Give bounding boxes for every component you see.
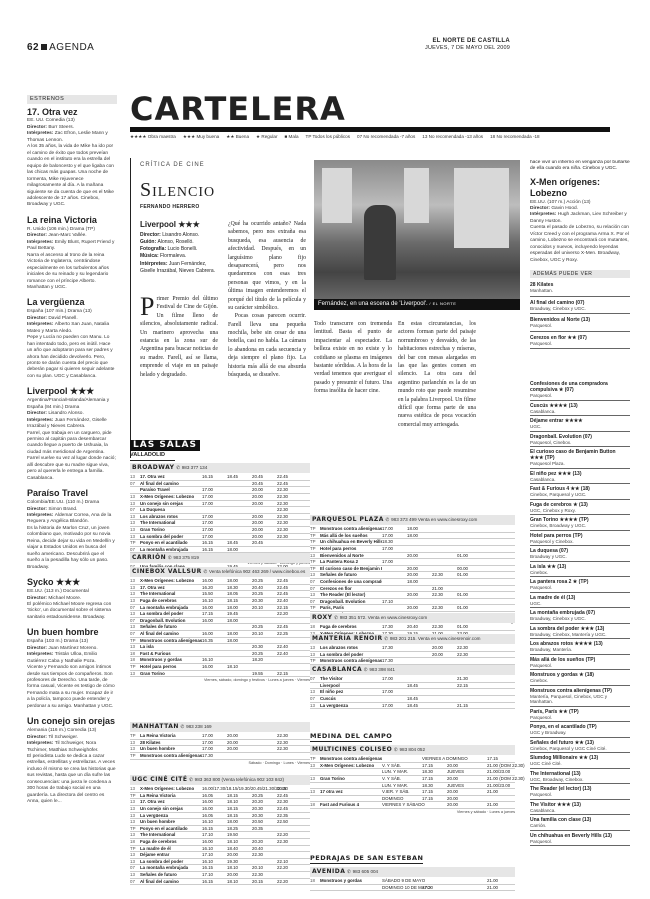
legend-item: 18 No recomendada -18 xyxy=(490,134,540,139)
showtime-row: 13The Reader (El lector)20.0022.3001.00 xyxy=(310,592,515,599)
right-column: hace vivir un infierno en venganza por b… xyxy=(530,160,630,380)
showtime-row: TPMonstruos contra alienígenas17.30 xyxy=(310,658,515,665)
estreno-item: Un buen hombre España (103 m.) Drama (13… xyxy=(27,627,117,710)
showtime-row: 13La sombra del poder17.0020.0022.30 xyxy=(130,534,310,541)
ademas-item: La montaña embrujada (07)Broadway, Cineb… xyxy=(530,609,630,624)
ademas-item: La duquesa (07)Broadway y UGC. xyxy=(530,547,630,562)
ademas-item: La pantera rosa 2 ★ (TP)Parquesol. xyxy=(530,578,630,593)
showtime-row: 1317. Otra vez16.2018.3020.4022.45 xyxy=(130,585,310,592)
ademas-item: La madre de él (13)UGC. xyxy=(530,594,630,609)
ademas-item: Los abrazos rotos ★★★★ (13)Broadway, Man… xyxy=(530,640,630,655)
cinema-block: BROADWAY ✆ 983 377 1341317. Otra vez16.1… xyxy=(130,463,310,565)
showtime-row: 07La montaña embrujada16.0018.0020.1022.… xyxy=(130,605,310,612)
film-still-photo: Fernández, en una escena de 'Liverpool'.… xyxy=(314,160,520,310)
ademas-item: París, París ★★ (TP)Parquesol. xyxy=(530,708,630,723)
ademas-item: Fuga de cerebros ★ (13)UGC, Cinebox y Ro… xyxy=(530,501,630,516)
showtime-row: 07Cuscús18.45 xyxy=(310,696,515,703)
showtime-row: 13The International17.0020.0022.30 xyxy=(130,520,310,527)
ademas-item: Déjame entrar ★★★★UGC. xyxy=(530,417,630,432)
estreno-item: 17. Otra vez EE. UU. Comedia (13) Direct… xyxy=(27,107,117,209)
showtime-row: TPLa Reina Victoria16.0518.1520.2522.45 xyxy=(130,793,310,800)
ademas-item: Dragonball. Evolution (07)Parquesol, Cin… xyxy=(530,433,630,448)
review-paragraph-3: Todo transcurre con tremenda lentitud. B… xyxy=(314,320,392,396)
cinema-header: MANTERÍA RENOIR ✆ 983 201 215. Venta en … xyxy=(310,634,515,644)
featured-title: X-Men orígenes: Lobezno xyxy=(530,177,630,199)
showtime-row: Liverpool18.4522.15 xyxy=(310,683,515,690)
showtime-row: 13X-Men Orígenes: LobeznoV. Y SÁB.17.152… xyxy=(310,763,515,770)
showtime-row: 13El niño pez17.00 xyxy=(310,689,515,696)
estreno-title: Sycko ★★★ xyxy=(27,577,117,588)
showtime-row: TPLa Pantera Rosa 217.00 xyxy=(310,559,515,566)
showtime-row: 13Un buen hombre17.0020.0022.30 xyxy=(130,746,310,753)
review-rule xyxy=(130,158,131,458)
legend-item: 13 No recomendada -13 años xyxy=(422,134,483,139)
ademas-item: El curioso caso de Benjamin Button ★★★ (… xyxy=(530,448,630,469)
showtime-row: 07Confesiones de una compradora compulsi… xyxy=(310,579,515,586)
showtime-row: TPMonstruos contra alienígenas16.3518.00 xyxy=(130,638,310,645)
cinema-block: MANTERÍA RENOIR ✆ 983 201 215. Venta en … xyxy=(310,634,515,665)
showtime-row: 07Al final del camino20.4522.45 xyxy=(130,481,310,488)
cinema-block: AVENIDA ✆ 983 605 00418Monstruos y gorda… xyxy=(310,867,515,891)
region-medina: MEDINA DEL CAMPO xyxy=(310,733,392,742)
factbox-film: Liverpool ★★★ xyxy=(140,220,218,230)
showtime-row: 18Fast & Furious20.2522.40 xyxy=(130,651,310,658)
showtime-row: 18Fuga de cerebros17.3020.4022.3001.00 xyxy=(310,624,515,631)
showtime-row: TPParís, París20.0022.3001.00 xyxy=(310,605,515,612)
phone-icon: ✆ xyxy=(203,569,207,574)
ademas-item: Ponyo, en el acantilado (TP)UGC y Broadw… xyxy=(530,723,630,738)
review-factbox: Liverpool ★★★ Director: Lisandro Alonso.… xyxy=(140,220,218,275)
estreno-item: Paraíso Travel Colombia/EE.UU. (110 m.) … xyxy=(27,488,117,571)
showtime-row: 13X-Men Orígenes: Lobezno17.0020.0022.30 xyxy=(130,494,310,501)
showtime-row: 13X-Men Orígenes: Lobezno16.00/17.30/18.… xyxy=(130,786,310,793)
ademas-item: 28 KilatesManhattan. xyxy=(530,281,630,297)
ademas-list-cont: Confesiones de una compradora compulsiva… xyxy=(530,380,630,895)
ademas-item: Al final del camino (07)Broadway, Cinebo… xyxy=(530,299,630,315)
region-pedrajas: PEDRAJAS DE SAN ESTEBAN xyxy=(310,855,423,864)
showtime-row: TPMonstruos contra alienígenasVIERNES A … xyxy=(310,756,515,763)
cinema-block: MULTICINES COLISEO ✆ 983 804 052TPMonstr… xyxy=(310,745,515,814)
legend-item: 07 No recomendada -7 años xyxy=(357,134,415,139)
showtime-row: 07La Duquesa22.30 xyxy=(130,507,310,514)
estrenos-label: ESTRENOS xyxy=(27,95,117,104)
showtime-row: 07Al final del camino16.1518.1020.1522.2… xyxy=(130,879,310,886)
showtime-row: 13Un conejo sin orejas16.0018.1520.3022.… xyxy=(130,806,310,813)
showtime-row: DOMINGO 10 DE MAYO17.3021.00 xyxy=(310,885,515,892)
showtime-row: 18Fast and Furious 4VIERNES Y SÁBADO20.0… xyxy=(310,802,515,809)
page-title: CARTELERA xyxy=(130,93,346,125)
ademas-item: Más allá de los sueños (TP)Parquesol. xyxy=(530,656,630,671)
showtime-row: 13Fuga de cerebros16.1018.1520.3022.40 xyxy=(130,598,310,605)
review-paragraph-1: Primer Premio del último Festival de Cin… xyxy=(140,295,218,379)
showtime-row: 13Gran Torino17.0020.0022.30 xyxy=(130,527,310,534)
showtime-row: 1317. Otra vez16.0018.1020.2022.30 xyxy=(130,799,310,806)
showtime-row: TPMonstruos contra alienígenas17.30 xyxy=(130,753,310,760)
rating-legend: ★★★★ Obra maestra★★★ Muy buena★★ Buena★ … xyxy=(130,134,630,140)
cinema-header: UGC CINÉ CITÉ ✆ 983 363 800 (Venta telef… xyxy=(130,775,310,785)
ademas-item: Slumdog Millionaire ★★ (13)UGC Ciné Cité… xyxy=(530,754,630,769)
legend-item: ■ Mala xyxy=(285,134,299,139)
ademas-item: The International (13)UGC, Broadway, Cin… xyxy=(530,770,630,785)
phone-icon: ✆ xyxy=(334,615,338,620)
cinema-header: MANHATTAN ✆ 983 238 169 xyxy=(130,722,310,732)
ademas-item: Gran Torino ★★★★ (TP)Cinebox, Broadway y… xyxy=(530,516,630,531)
showtime-row: 13Señales de futuro20.2522.45 xyxy=(130,624,310,631)
legend-item: ★★★★ Obra maestra xyxy=(130,134,176,139)
phone-icon: ✆ xyxy=(364,667,368,672)
ademas-item: Bienvenidos al Norte (13)Parquesol. xyxy=(530,316,630,332)
showtime-row: 07Dragonball. Evolution17.10 xyxy=(310,599,515,606)
showtime-row: 13Bienvenidos al Norte20.0001.00 xyxy=(310,553,515,560)
estreno-item: Un conejo sin orejas Alemania (116 m.) C… xyxy=(27,716,117,805)
review-author: FERNANDO HERRERO xyxy=(140,204,200,210)
ademas-item: Monstruos contra alienígenas (TP)Manterí… xyxy=(530,687,630,707)
showtime-row: TPEl curioso caso de Benjamin Button20.0… xyxy=(310,566,515,573)
phone-icon: ✆ xyxy=(168,555,172,560)
ademas-item: Un chihuahua en Beverly Hills (13)Parque… xyxy=(530,832,630,847)
showtime-row: 13La vergüenza17.0018.4521.15 xyxy=(310,703,515,710)
estreno-title: 17. Otra vez xyxy=(27,107,117,118)
issue-date: JUEVES, 7 DE MAYO DEL 2009 xyxy=(425,45,510,52)
ademas-item: The Reader (el lector) (13)Parquesol. xyxy=(530,785,630,800)
featured-movie: X-Men orígenes: Lobezno EE.UU. (107 m.) … xyxy=(530,177,630,264)
showtime-row: 13Señales de futuro20.0022.3001.00 xyxy=(310,572,515,579)
showtime-row: TPHotel para perros17.00 xyxy=(310,546,515,553)
showtime-row: TPMás allá de los sueños17.0018.00 xyxy=(310,533,515,540)
legend-item: ★★★ Muy buena xyxy=(183,134,219,139)
showtime-row: 13Gran Torino19.5522.15 xyxy=(130,671,310,678)
drop-cap: P xyxy=(140,296,154,318)
ademas-item: Cerezos en flor ★★ (07)Parquesol. xyxy=(530,334,630,350)
showtime-row: TPUn chihuahua en Beverly Hills18.30 xyxy=(310,539,515,546)
showtime-row: 13The International17.1019.5022.20 xyxy=(130,832,310,839)
cinema-block: PARQUESOL PLAZA ✆ 983 373 499 Venta en w… xyxy=(310,515,515,624)
ademas-item: La isla ★★ (13)Cinebox. xyxy=(530,563,630,578)
legend-item: TP Todos los públicos xyxy=(306,134,351,139)
showtime-row: 07Al final del camino16.0018.0020.1022.2… xyxy=(130,631,310,638)
estreno-title: Un buen hombre xyxy=(27,627,117,638)
cinema-header: PARQUESOL PLAZA ✆ 983 373 499 Venta en w… xyxy=(310,515,515,525)
continued-text: hace vivir un infierno en venganza por b… xyxy=(530,160,630,173)
showtime-row: LUN. Y MAR.18.30JUEVES21.00/23.00 xyxy=(310,783,515,790)
showtime-row: 18Fuga de cerebros16.0018.1020.2022.30 xyxy=(130,839,310,846)
salas-heading: LAS SALAS xyxy=(130,440,200,451)
showtime-row: 13Déjame entrar17.1020.0022.30 xyxy=(130,852,310,859)
showtime-row: 13Gran TorinoV. Y SÁB.17.1520.0021.00 (D… xyxy=(310,776,515,783)
showtime-row: 1317. Otra vez16.1518.4520.4522.45 xyxy=(130,474,310,481)
estreno-title: Paraíso Travel xyxy=(27,488,117,499)
showtime-row: TPLa madre de él16.1018.4020.40 xyxy=(130,846,310,853)
showtime-row: 1328 Kilates17.0020.0022.30 xyxy=(130,740,310,747)
showtime-row: 13La sombra del poder16.1019.3022.10 xyxy=(130,859,310,866)
cinema-header: BROADWAY ✆ 983 377 134 xyxy=(130,463,310,473)
phone-icon: ✆ xyxy=(176,465,180,470)
showtime-row: 18Monstruos y gordas16.1018.20 xyxy=(130,657,310,664)
showtime-row: 13Los abrazos rotos17.3020.0022.30 xyxy=(310,645,515,652)
ademas-item: Monstruos y gordas ★ (18)Cinebox. xyxy=(530,671,630,686)
section-name: AGENDA xyxy=(49,42,94,53)
factbox-credits: Director: Lisandro Alonso. Guión: Alonso… xyxy=(140,232,218,276)
showtime-row: 13La sombra del poder17.1519.4522.20 xyxy=(130,611,310,618)
estrenos-column: ESTRENOS 17. Otra vez EE. UU. Comedia (1… xyxy=(27,95,117,895)
ademas-item: Cuscús ★★★★ (13)Casablanca. xyxy=(530,402,630,417)
showtime-row: 07Cerezos en flor21.00 xyxy=(310,586,515,593)
page-header-left: 62AGENDA xyxy=(27,42,94,54)
phone-icon: ✆ xyxy=(384,636,388,641)
phone-icon: ✆ xyxy=(189,777,193,782)
ademas-item: Una familia con clase (13)Carrión. xyxy=(530,816,630,831)
showtime-row: 13La isla20.3022.40 xyxy=(130,644,310,651)
showtime-row: TPPonyo en el acantilado16.1518.2520.35 xyxy=(130,826,310,833)
cinema-block: CASABLANCA ✆ 983 398 84107The Visitor17.… xyxy=(310,665,515,709)
ademas-item: Confesiones de una compradora compulsiva… xyxy=(530,380,630,401)
cinema-header: ROXY ✆ 983 351 572. Venta en www.cinesro… xyxy=(310,613,515,623)
showtime-row: 07La montaña embrujada16.1518.1020.1022.… xyxy=(130,865,310,872)
cinema-block: MANHATTAN ✆ 983 238 169TPLa Reina Victor… xyxy=(130,722,310,765)
showtime-row: 1317 otra vezV.IER. Y SÁB.17.1520.0021.0… xyxy=(310,789,515,796)
ademas-label: ADEMÁS PUEDE VER xyxy=(530,270,630,278)
page-number: 62 xyxy=(27,42,39,53)
phone-icon: ✆ xyxy=(181,724,185,729)
newspaper-name: EL NORTE DE CASTILLA xyxy=(425,38,510,45)
showtime-row: 07Dragonball. Evolution16.0018.00 xyxy=(130,618,310,625)
showtime-row: 07The Visitor17.0021.30 xyxy=(310,676,515,683)
ademas-item: La sombra del poder ★★★ (13)Broadway, Ci… xyxy=(530,625,630,640)
showtime-row: LUN. Y MAR.18.30JUEVES21.00/23.00 xyxy=(310,769,515,776)
cinema-header: CARRIÓN ✆ 983 375 819 xyxy=(130,553,310,563)
legend-item: ★ Regular xyxy=(256,134,277,139)
showtime-row: 18Monstruos y gordasSÁBADO 9 DE MAYO21.0… xyxy=(310,878,515,885)
review-kicker: CRÍTICA DE CINE xyxy=(140,162,205,169)
estreno-title: La vergüenza xyxy=(27,297,117,308)
actor-figure xyxy=(364,205,396,280)
cinema-block: CINEBOX VALLSUR ✆ Venta telefónica 902 4… xyxy=(130,567,310,683)
showtime-row: 13Un conejo sin orejas17.0020.0022.30 xyxy=(130,501,310,508)
estreno-item: Liverpool ★★★ Argentina/Francia/Holanda/… xyxy=(27,386,117,482)
ademas-item: El niño pez ★★★ (13)Casablanca. xyxy=(530,470,630,485)
legend-item: ★★ Buena xyxy=(226,134,249,139)
estreno-item: Sycko ★★★ EE.UU. (113 m.) Documental Dir… xyxy=(27,577,117,621)
estreno-title: La reina Victoria xyxy=(27,215,117,226)
showtime-row: 13La vergüenza16.0518.1520.3022.35 xyxy=(130,813,310,820)
review-title: Silencio xyxy=(140,178,215,202)
cinema-header: CINEBOX VALLSUR ✆ Venta telefónica 902 4… xyxy=(130,567,310,577)
showtime-row: TPPonyo en el acantilado16.1518.4520.45 xyxy=(130,540,310,547)
estreno-title: Liverpool ★★★ xyxy=(27,386,117,397)
showtime-row: TPHotel para perros16.0018.10 xyxy=(130,664,310,671)
showtime-row: TPLa Reina Victoria17.0020.0022.30 xyxy=(130,733,310,740)
photo-caption: Fernández, en una escena de 'Liverpool'.… xyxy=(314,299,520,310)
cinema-header: CASABLANCA ✆ 983 398 841 xyxy=(310,665,515,675)
estreno-item: La vergüenza España (107 min.) Drama (13… xyxy=(27,297,117,380)
showtime-row: 13Señales de futuro17.1020.0022.30 xyxy=(130,872,310,879)
phone-icon: ✆ xyxy=(386,517,390,522)
showtime-row: 13Los abrazos rotos17.0020.0022.30 xyxy=(130,514,310,521)
ademas-item: Hotel para perros (TP)Parquesol y Cinebo… xyxy=(530,532,630,547)
ademas-item: Señales del futuro ★★ (13)Cinebox, Parqu… xyxy=(530,739,630,754)
ademas-item: Fast & Furious 4 ★★ (18)Cinebox, Parques… xyxy=(530,485,630,500)
page-header-right: EL NORTE DE CASTILLA JUEVES, 7 DE MAYO D… xyxy=(425,38,510,52)
showtime-row: 13Un buen hombre16.1018.0020.5022.50 xyxy=(130,819,310,826)
showtime-row: 13The International15.5018.0520.2522.45 xyxy=(130,591,310,598)
title-rule xyxy=(130,127,610,132)
review-paragraph-4: En estas circunstancias, los actores for… xyxy=(398,320,476,429)
square-bullet-icon xyxy=(41,44,47,50)
salas-city: VALLADOLID xyxy=(130,452,175,461)
estrenos-list: 17. Otra vez EE. UU. Comedia (13) Direct… xyxy=(27,107,117,806)
showtime-row: DOMINGO17.1520.00 xyxy=(310,796,515,803)
showtime-row: 13La sombra del poder20.0022.30 xyxy=(310,652,515,659)
cinema-block: UGC CINÉ CITÉ ✆ 983 363 800 (Venta telef… xyxy=(130,775,310,885)
ademas-list: 28 KilatesManhattan.Al final del camino … xyxy=(530,281,630,349)
estreno-title: Un conejo sin orejas xyxy=(27,716,117,727)
showtime-row: Paraíso Travel17.0020.0022.30 xyxy=(130,487,310,494)
estreno-item: La reina Victoria R. Unido (106 min.) Dr… xyxy=(27,215,117,291)
showtime-row: 13X-Men Orígenes: Lobezno16.0018.0020.25… xyxy=(130,578,310,585)
ademas-item: The Visitor ★★★ (13)Casablanca. xyxy=(530,801,630,816)
showtime-row: TPMonstruos contra alienígenas17.0018.00 xyxy=(310,526,515,533)
review-paragraph-2: ¿Qué ha ocurrido antaño? Nada sabemos, p… xyxy=(228,220,306,379)
